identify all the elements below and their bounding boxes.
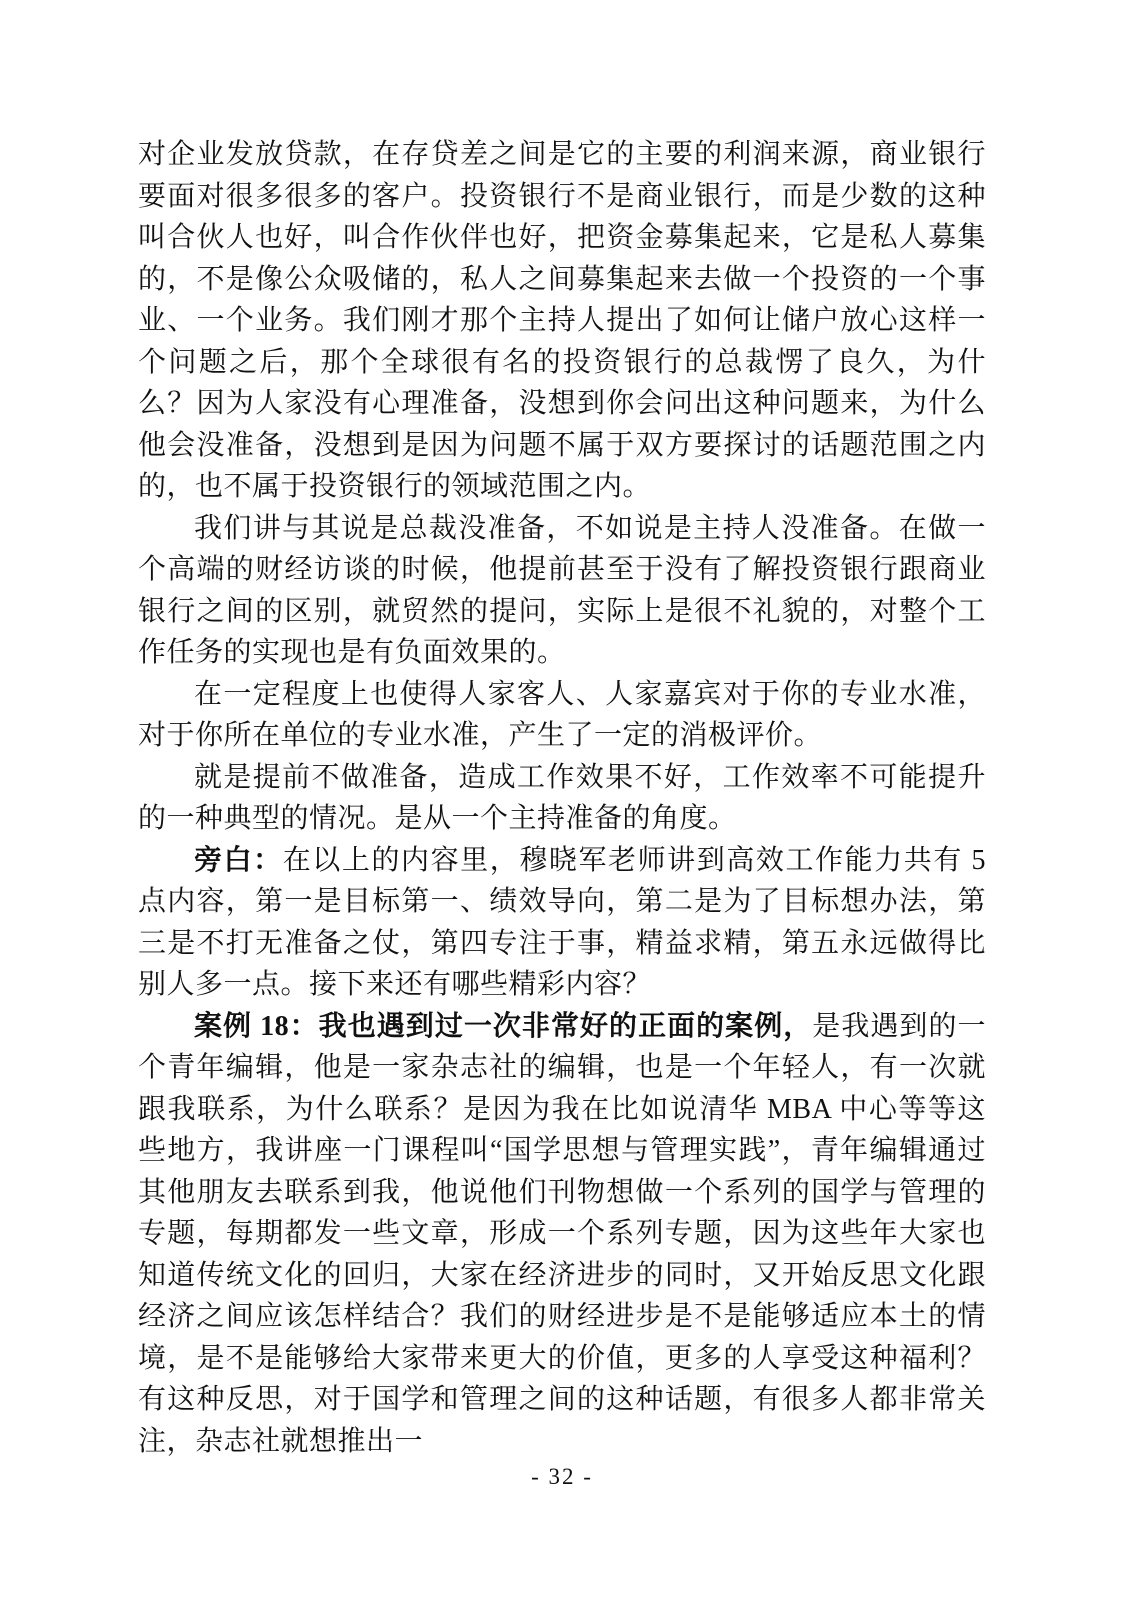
paragraph-text: 我们讲与其说是总裁没准备，不如说是主持人没准备。在做一个高端的财经访谈的时候，他… [138, 513, 986, 669]
document-page: 对企业发放贷款，在存贷差之间是它的主要的利润来源，商业银行要面对很多很多的客户。… [0, 0, 1131, 1600]
paragraph: 我们讲与其说是总裁没准备，不如说是主持人没准备。在做一个高端的财经访谈的时候，他… [138, 508, 986, 674]
paragraph-lead: 旁白： [194, 845, 283, 876]
paragraph-lead: 案例 18：我也遇到过一次非常好的正面的案例， [194, 1011, 812, 1042]
paragraph: 在一定程度上也使得人家客人、人家嘉宾对于你的专业水准，对于你所在单位的专业水准，… [138, 674, 986, 757]
paragraph-text: 就是提前不做准备，造成工作效果不好，工作效率不可能提升的一种典型的情况。是从一个… [138, 762, 986, 835]
paragraph-text: 是我遇到的一个青年编辑，他是一家杂志社的编辑，也是一个年轻人，有一次就跟我联系，… [138, 1011, 986, 1457]
paragraph-text: 在一定程度上也使得人家客人、人家嘉宾对于你的专业水准，对于你所在单位的专业水准，… [138, 679, 986, 752]
text-block: 对企业发放贷款，在存贷差之间是它的主要的利润来源，商业银行要面对很多很多的客户。… [138, 134, 986, 1462]
paragraph: 就是提前不做准备，造成工作效果不好，工作效率不可能提升的一种典型的情况。是从一个… [138, 757, 986, 840]
paragraph-text: 对企业发放贷款，在存贷差之间是它的主要的利润来源，商业银行要面对很多很多的客户。… [138, 139, 986, 502]
page-number: - 32 - [138, 1464, 986, 1490]
paragraph: 案例 18：我也遇到过一次非常好的正面的案例，是我遇到的一个青年编辑，他是一家杂… [138, 1006, 986, 1463]
paragraph: 对企业发放贷款，在存贷差之间是它的主要的利润来源，商业银行要面对很多很多的客户。… [138, 134, 986, 508]
paragraph: 旁白：在以上的内容里，穆晓军老师讲到高效工作能力共有 5 点内容，第一是目标第一… [138, 840, 986, 1006]
